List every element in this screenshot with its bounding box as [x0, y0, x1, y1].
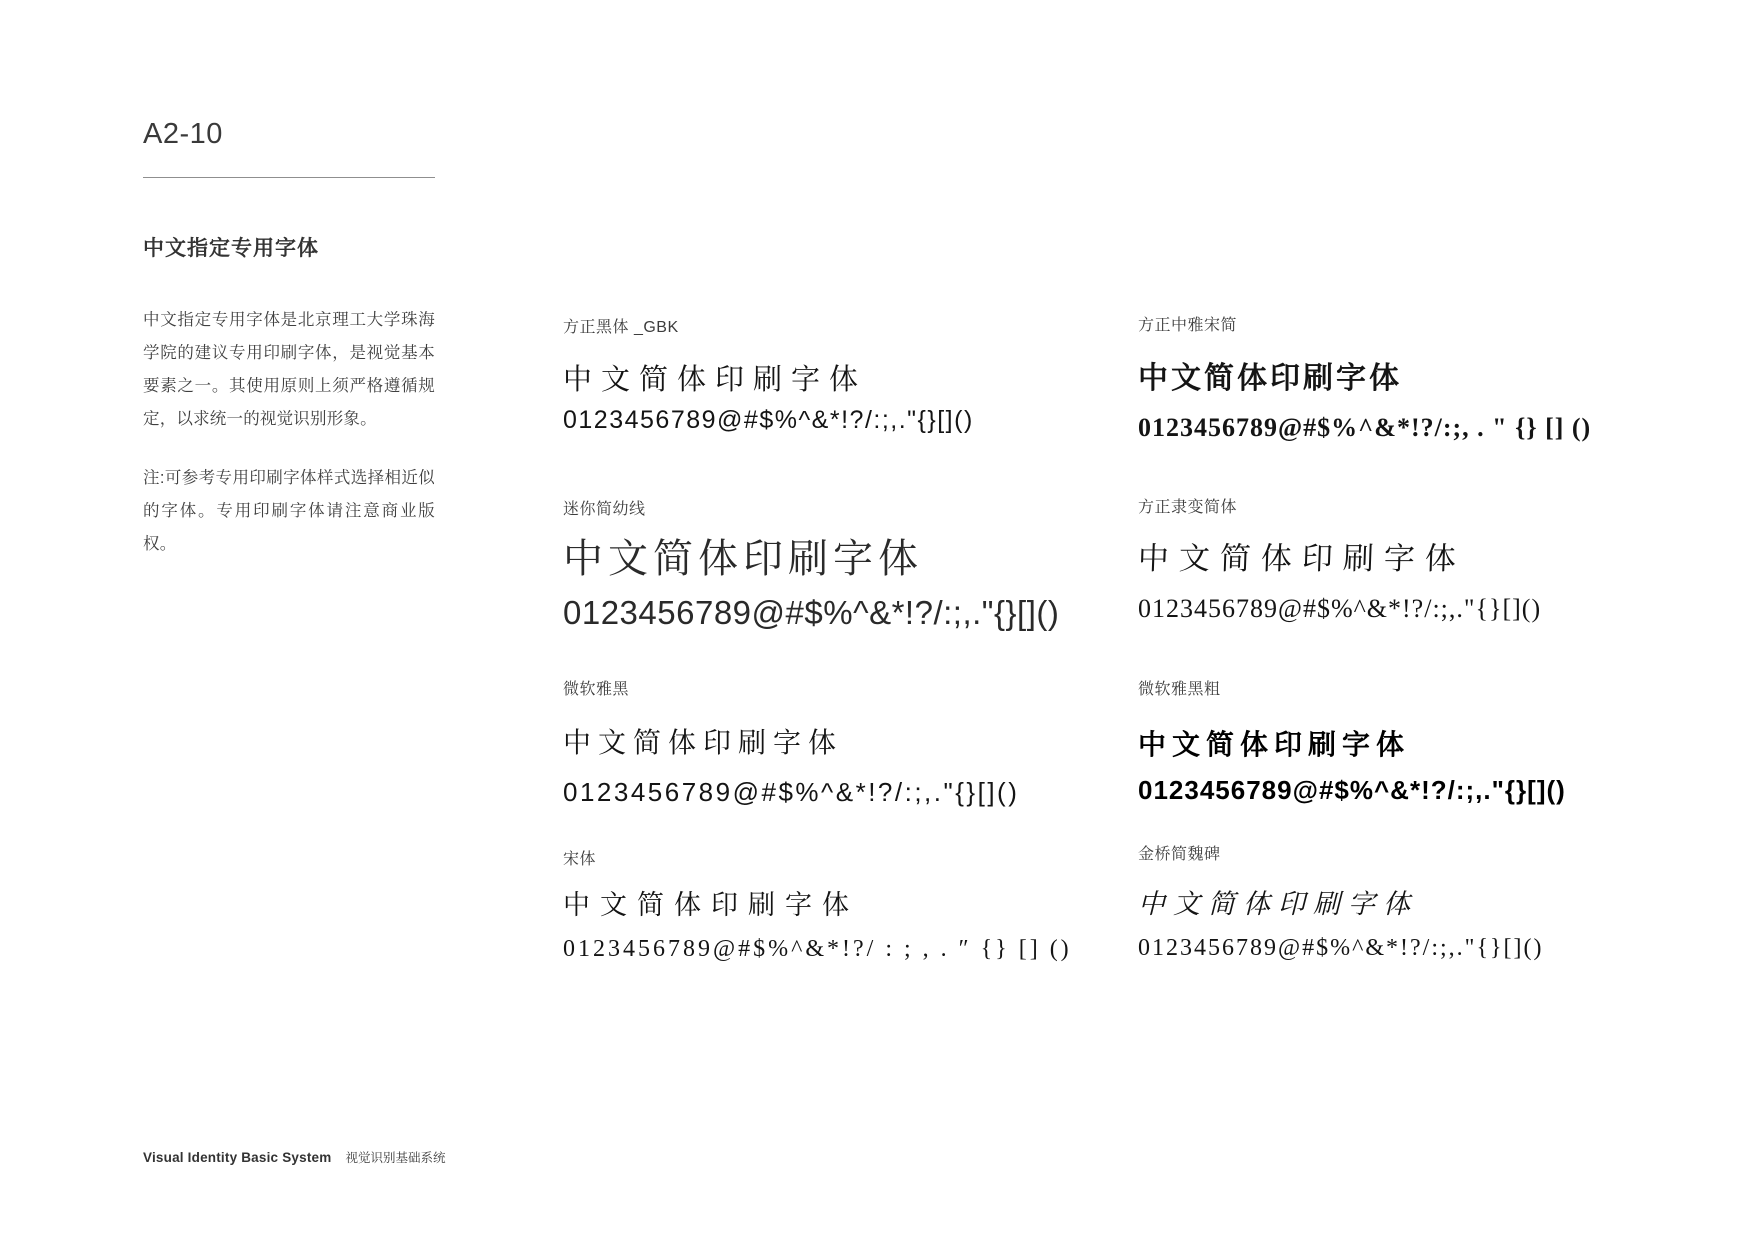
font-sample-glyphs: 0123456789@#$%^&*!?/:;,."{}[]() — [1138, 775, 1566, 806]
page-title: 中文指定专用字体 — [143, 232, 435, 262]
font-sample-glyphs: 0123456789@#$%^&*!?/:;,."{}[]() — [563, 594, 1059, 632]
font-sample-cjk: 中文简体印刷字体 — [563, 883, 1072, 922]
specimen-mini-youxian: 迷你简幼线 中文简体印刷字体 0123456789@#$%^&*!?/:;,."… — [563, 496, 1059, 632]
font-name-label: 方正中雅宋简 — [1138, 312, 1591, 335]
font-sample-glyphs: 0123456789@#$%^&*!?/:;,."{}[]() — [1138, 935, 1543, 962]
font-sample-cjk: 中文简体印刷字体 — [1138, 882, 1543, 921]
font-name-label: 微软雅黑粗 — [1138, 676, 1566, 699]
font-name-label: 微软雅黑 — [563, 676, 1019, 699]
specimen-fzheiti-gbk: 方正黑体 _GBK 中文简体印刷字体 0123456789@#$%^&*!?/:… — [563, 314, 974, 435]
footer-chinese: 视觉识别基础系统 — [345, 1148, 445, 1166]
font-sample-glyphs: 0123456789@#$%^&*!?/:;, . " {} [] () — [1138, 413, 1591, 443]
specimen-msyahei-bold: 微软雅黑粗 中文简体印刷字体 0123456789@#$%^&*!?/:;,."… — [1138, 676, 1566, 806]
font-sample-glyphs: 0123456789@#$%^&*!?/ : ; , . ″ {} [] () — [563, 936, 1072, 963]
font-name-label: 迷你简幼线 — [563, 496, 1059, 519]
font-sample-cjk: 中文简体印刷字体 — [563, 721, 1019, 761]
font-name-label: 方正隶变简体 — [1138, 494, 1541, 517]
specimen-fzlibian: 方正隶变简体 中文简体印刷字体 0123456789@#$%^&*!?/:;,.… — [1138, 494, 1541, 624]
font-sample-glyphs: 0123456789@#$%^&*!?/:;,."{}[]() — [1138, 594, 1541, 624]
specimen-fzzhongyasong: 方正中雅宋简 中文简体印刷字体 0123456789@#$%^&*!?/:;, … — [1138, 312, 1591, 443]
font-sample-glyphs: 0123456789@#$%^&*!?/:;,."{}[]() — [563, 777, 1019, 808]
specimen-songti: 宋体 中文简体印刷字体 0123456789@#$%^&*!?/ : ; , .… — [563, 846, 1072, 963]
font-sample-cjk: 中文简体印刷字体 — [1137, 533, 1542, 578]
footer: Visual Identity Basic System 视觉识别基础系统 — [143, 1148, 445, 1166]
title-rule — [143, 177, 435, 178]
font-name-label: 方正黑体 _GBK — [563, 314, 974, 337]
page-code: A2-10 — [143, 118, 435, 151]
font-sample-glyphs: 0123456789@#$%^&*!?/:;,."{}[]() — [563, 406, 974, 435]
font-name-label: 金桥简魏碑 — [1138, 841, 1543, 864]
sidebar: A2-10 中文指定专用字体 中文指定专用字体是北京理工大学珠海学院的建议专用印… — [143, 118, 435, 578]
font-sample-cjk: 中文简体印刷字体 — [1138, 353, 1591, 397]
intro-paragraph: 中文指定专用字体是北京理工大学珠海学院的建议专用印刷字体，是视觉基本要素之一。其… — [143, 304, 435, 436]
note-paragraph: 注:可参考专用印刷字体样式选择相近似的字体。专用印刷字体请注意商业版权。 — [143, 462, 435, 561]
font-sample-cjk: 中文简体印刷字体 — [1138, 723, 1566, 763]
specimen-jinqiao-weibei: 金桥简魏碑 中文简体印刷字体 0123456789@#$%^&*!?/:;,."… — [1138, 841, 1543, 962]
specimen-msyahei: 微软雅黑 中文简体印刷字体 0123456789@#$%^&*!?/:;,."{… — [563, 676, 1019, 808]
footer-english: Visual Identity Basic System — [143, 1150, 331, 1165]
font-sample-cjk: 中文简体印刷字体 — [563, 527, 1059, 584]
font-name-label: 宋体 — [563, 846, 1072, 869]
font-sample-cjk: 中文简体印刷字体 — [563, 357, 974, 398]
vi-manual-page: A2-10 中文指定专用字体 中文指定专用字体是北京理工大学珠海学院的建议专用印… — [0, 0, 1754, 1240]
